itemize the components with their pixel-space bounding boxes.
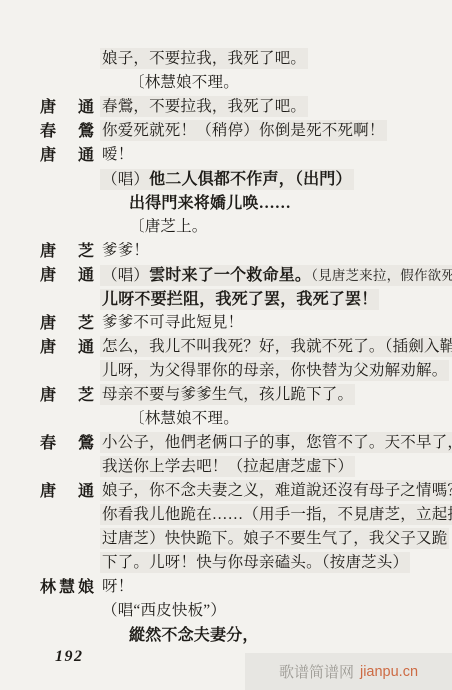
dialogue-text-inner: 娘子，你不念夫妻之义，难道說还沒有母子之情嗎？ <box>102 482 452 499</box>
dialogue-text: （唱）雲时来了一个救命星。（見唐芝来拉，假作欲死） <box>102 262 452 285</box>
script-line: 娘子，不要拉我，我死了吧。 <box>40 45 452 69</box>
dialogue-text-inner: 呀！ <box>102 578 133 595</box>
speaker-name-chars: 春鶯 <box>40 118 94 141</box>
dialogue-text: 嗳！ <box>102 142 133 164</box>
text-segment: 他二人俱都不作声，（出門） <box>149 171 352 188</box>
speaker-char: 通 <box>78 478 94 501</box>
page-number: 192 <box>55 648 84 666</box>
dialogue-text: 出得門来将嬌儿唤…… <box>102 190 291 213</box>
dialogue-text-inner: 你看我儿他跪在……（用手一指，不見唐芝，立起拉 <box>102 506 452 523</box>
dialogue-text: 〔林慧娘不理。 <box>102 70 239 92</box>
speaker-char: 芝 <box>78 382 94 405</box>
text-segment: （唱） <box>102 267 149 284</box>
script-line: 你看我儿他跪在……（用手一指，不見唐芝，立起拉 <box>40 501 452 525</box>
speaker-name: 春鶯 <box>40 118 102 141</box>
text-segment: 娘子，不要拉我，我死了吧。 <box>102 50 306 67</box>
text-segment: 过唐芝）快快跪下。娘子不要生气了，我父子又跪 <box>102 530 447 547</box>
text-segment: 你爱死就死！（稍停）你倒是死不死啊！ <box>102 122 385 139</box>
script-line: 出得門来将嬌儿唤…… <box>40 189 452 213</box>
text-segment: 出得門来将嬌儿唤…… <box>129 195 291 212</box>
dialogue-text: 下了。儿呀！快与你母亲磕头。（按唐芝头） <box>102 550 408 572</box>
dialogue-text: （唱“西皮快板”） <box>102 598 226 620</box>
dialogue-text-inner: 〔林慧娘不理。 <box>129 74 239 91</box>
dialogue-text-inner: 出得門来将嬌儿唤…… <box>129 195 291 212</box>
dialogue-text-inner: 怎么，我儿不叫我死？好，我就不死了。（插劍入鞘） <box>102 338 452 355</box>
script-lines: 娘子，不要拉我，我死了吧。〔林慧娘不理。唐通春鶯，不要拉我，我死了吧。春鶯你爱死… <box>0 0 452 645</box>
dialogue-text-inner: 爹爹不可寻此短見！ <box>102 314 243 331</box>
dialogue-text: 小公子，他們老俩口子的事，您管不了。天不早了， <box>102 430 452 452</box>
dialogue-text-inner: 〔唐芝上。 <box>129 218 208 235</box>
dialogue-text: 〔林慧娘不理。 <box>102 406 239 428</box>
script-line: 唐通怎么，我儿不叫我死？好，我就不死了。（插劍入鞘） <box>40 333 452 357</box>
script-line: 〔林慧娘不理。 <box>40 405 452 429</box>
text-segment: 嗳！ <box>102 146 133 163</box>
script-line: 过唐芝）快快跪下。娘子不要生气了，我父子又跪 <box>40 525 452 549</box>
speaker-name-chars: 唐通 <box>40 142 94 165</box>
speaker-name-chars: 林慧娘 <box>40 574 94 597</box>
dialogue-text: 〔唐芝上。 <box>102 214 208 236</box>
speaker-name-chars: 唐芝 <box>40 238 94 261</box>
script-line: 儿呀不要拦阻，我死了罢，我死了罢！ <box>40 285 452 309</box>
text-segment: 呀！ <box>102 578 133 595</box>
speaker-char: 唐 <box>40 262 56 285</box>
dialogue-text: 呀！ <box>102 574 133 596</box>
dialogue-text-inner: （唱）他二人俱都不作声，（出門） <box>102 171 352 188</box>
dialogue-text-inner: 过唐芝）快快跪下。娘子不要生气了，我父子又跪 <box>102 530 447 547</box>
dialogue-text-inner: 儿呀，为父得罪你的母亲，你快替为父劝解劝解。 <box>102 362 447 379</box>
speaker-name-chars: 唐通 <box>40 262 94 285</box>
speaker-name: 春鶯 <box>40 430 102 453</box>
script-line: 唐芝爹爹不可寻此短見！ <box>40 309 452 333</box>
text-segment: （見唐芝来拉，假作欲死） <box>311 268 452 283</box>
script-line: 〔林慧娘不理。 <box>40 69 452 93</box>
script-line: 下了。儿呀！快与你母亲磕头。（按唐芝头） <box>40 549 452 573</box>
script-line: （唱）他二人俱都不作声，（出門） <box>40 165 452 189</box>
script-line: 唐通娘子，你不念夫妻之义，难道說还沒有母子之情嗎？ <box>40 477 452 501</box>
dialogue-text: 怎么，我儿不叫我死？好，我就不死了。（插劍入鞘） <box>102 334 452 356</box>
speaker-name: 唐通 <box>40 142 102 165</box>
speaker-name: 唐通 <box>40 334 102 357</box>
speaker-name: 唐芝 <box>40 382 102 405</box>
scanned-script-page: 娘子，不要拉我，我死了吧。〔林慧娘不理。唐通春鶯，不要拉我，我死了吧。春鶯你爱死… <box>0 0 452 690</box>
dialogue-text: 过唐芝）快快跪下。娘子不要生气了，我父子又跪 <box>102 526 447 548</box>
text-segment: 縱然不念夫妻分， <box>129 627 259 644</box>
speaker-char: 慧 <box>59 574 75 597</box>
dialogue-text: 娘子，你不念夫妻之义，难道說还沒有母子之情嗎？ <box>102 478 452 500</box>
speaker-char: 唐 <box>40 310 56 333</box>
script-line: 唐通嗳！ <box>40 141 452 165</box>
dialogue-text: 你爱死就死！（稍停）你倒是死不死啊！ <box>102 118 385 140</box>
dialogue-text-inner: 〔林慧娘不理。 <box>129 410 239 427</box>
speaker-name: 唐芝 <box>40 238 102 261</box>
dialogue-text-inner: 小公子，他們老俩口子的事，您管不了。天不早了， <box>102 434 452 451</box>
dialogue-text-inner: 爹爹！ <box>102 242 149 259</box>
dialogue-text-inner: 下了。儿呀！快与你母亲磕头。（按唐芝头） <box>102 554 408 571</box>
text-segment: 娘子，你不念夫妻之义，难道說还沒有母子之情嗎？ <box>102 482 452 499</box>
script-line: 春鶯小公子，他們老俩口子的事，您管不了。天不早了， <box>40 429 452 453</box>
script-line: 唐通春鶯，不要拉我，我死了吧。 <box>40 93 452 117</box>
speaker-name: 唐通 <box>40 478 102 501</box>
script-line: 春鶯你爱死就死！（稍停）你倒是死不死啊！ <box>40 117 452 141</box>
dialogue-text: 爹爹！ <box>102 238 149 260</box>
text-segment: 儿呀不要拦阻，我死了罢，我死了罢！ <box>102 291 377 308</box>
dialogue-text: 我送你上学去吧！（拉起唐芝虚下） <box>102 454 353 476</box>
dialogue-text: 娘子，不要拉我，我死了吧。 <box>102 46 306 68</box>
dialogue-text-inner: 我送你上学去吧！（拉起唐芝虚下） <box>102 458 353 475</box>
speaker-char: 芝 <box>78 238 94 261</box>
speaker-name: 唐通 <box>40 94 102 117</box>
dialogue-text: 儿呀，为父得罪你的母亲，你快替为父劝解劝解。 <box>102 358 447 380</box>
speaker-char: 通 <box>78 334 94 357</box>
text-segment: 春鶯，不要拉我，我死了吧。 <box>102 98 306 115</box>
speaker-char: 林 <box>40 574 56 597</box>
watermark: 歌谱简谱网 jianpu.cn <box>245 653 452 690</box>
dialogue-text-inner: 你爱死就死！（稍停）你倒是死不死啊！ <box>102 122 385 139</box>
watermark-site-name: 歌谱简谱网 <box>279 661 354 682</box>
text-segment: 爹爹不可寻此短見！ <box>102 314 243 331</box>
dialogue-text-inner: （唱“西皮快板”） <box>102 602 226 619</box>
script-line: 唐芝爹爹！ <box>40 237 452 261</box>
script-line: 林慧娘呀！ <box>40 573 452 597</box>
speaker-name: 林慧娘 <box>40 574 102 597</box>
speaker-name-chars: 春鶯 <box>40 430 94 453</box>
speaker-char: 唐 <box>40 238 56 261</box>
text-segment: 〔唐芝上。 <box>129 218 208 235</box>
speaker-char: 唐 <box>40 142 56 165</box>
speaker-char: 唐 <box>40 382 56 405</box>
dialogue-text: 春鶯，不要拉我，我死了吧。 <box>102 94 306 116</box>
speaker-name: 唐通 <box>40 262 102 285</box>
text-segment: （唱） <box>102 171 149 188</box>
dialogue-text-inner: 縱然不念夫妻分， <box>129 627 259 644</box>
dialogue-text: 縱然不念夫妻分， <box>102 622 259 645</box>
speaker-char: 春 <box>40 430 56 453</box>
text-segment: 〔林慧娘不理。 <box>129 74 239 91</box>
text-segment: 〔林慧娘不理。 <box>129 410 239 427</box>
text-segment: 你看我儿他跪在……（用手一指，不見唐芝，立起拉 <box>102 506 452 523</box>
script-line: （唱“西皮快板”） <box>40 597 452 621</box>
speaker-name: 唐芝 <box>40 310 102 333</box>
speaker-name-chars: 唐通 <box>40 94 94 117</box>
script-line: 縱然不念夫妻分， <box>40 621 452 645</box>
text-segment: 儿呀，为父得罪你的母亲，你快替为父劝解劝解。 <box>102 362 447 379</box>
speaker-char: 芝 <box>78 310 94 333</box>
speaker-name-chars: 唐通 <box>40 478 94 501</box>
text-segment: 我送你上学去吧！（拉起唐芝虚下） <box>102 458 353 475</box>
speaker-char: 通 <box>78 94 94 117</box>
dialogue-text-inner: 嗳！ <box>102 146 133 163</box>
text-segment: 小公子，他們老俩口子的事，您管不了。天不早了， <box>102 434 452 451</box>
speaker-char: 唐 <box>40 94 56 117</box>
dialogue-text-inner: 春鶯，不要拉我，我死了吧。 <box>102 98 306 115</box>
speaker-name-chars: 唐芝 <box>40 310 94 333</box>
script-line: 唐芝母亲不要与爹爹生气，孩儿跪下了。 <box>40 381 452 405</box>
speaker-name-chars: 唐芝 <box>40 382 94 405</box>
dialogue-text-inner: （唱）雲时来了一个救命星。（見唐芝来拉，假作欲死） <box>102 267 452 284</box>
script-line: 我送你上学去吧！（拉起唐芝虚下） <box>40 453 452 477</box>
speaker-char: 唐 <box>40 334 56 357</box>
text-segment: 母亲不要与爹爹生气，孩儿跪下了。 <box>102 386 353 403</box>
speaker-char: 唐 <box>40 478 56 501</box>
speaker-char: 通 <box>78 142 94 165</box>
script-line: 唐通（唱）雲时来了一个救命星。（見唐芝来拉，假作欲死） <box>40 261 452 285</box>
speaker-char: 鶯 <box>78 118 94 141</box>
speaker-char: 鶯 <box>78 430 94 453</box>
dialogue-text: （唱）他二人俱都不作声，（出門） <box>102 166 352 189</box>
dialogue-text: 你看我儿他跪在……（用手一指，不見唐芝，立起拉 <box>102 502 452 524</box>
dialogue-text-inner: 儿呀不要拦阻，我死了罢，我死了罢！ <box>102 291 377 308</box>
speaker-char: 通 <box>78 262 94 285</box>
dialogue-text-inner: 娘子，不要拉我，我死了吧。 <box>102 50 306 67</box>
text-segment: （唱“西皮快板”） <box>102 602 226 619</box>
speaker-char: 春 <box>40 118 56 141</box>
text-segment: 怎么，我儿不叫我死？好，我就不死了。（插劍入鞘） <box>102 338 452 355</box>
text-segment: 雲时来了一个救命星。 <box>149 267 311 284</box>
script-line: 〔唐芝上。 <box>40 213 452 237</box>
dialogue-text-inner: 母亲不要与爹爹生气，孩儿跪下了。 <box>102 386 353 403</box>
speaker-char: 娘 <box>78 574 94 597</box>
text-segment: 下了。儿呀！快与你母亲磕头。（按唐芝头） <box>102 554 408 571</box>
text-segment: 爹爹！ <box>102 242 149 259</box>
speaker-name-chars: 唐通 <box>40 334 94 357</box>
dialogue-text: 母亲不要与爹爹生气，孩儿跪下了。 <box>102 382 353 404</box>
script-line: 儿呀，为父得罪你的母亲，你快替为父劝解劝解。 <box>40 357 452 381</box>
dialogue-text: 儿呀不要拦阻，我死了罢，我死了罢！ <box>102 286 377 309</box>
dialogue-text: 爹爹不可寻此短見！ <box>102 310 243 332</box>
watermark-site-url: jianpu.cn <box>360 664 418 680</box>
